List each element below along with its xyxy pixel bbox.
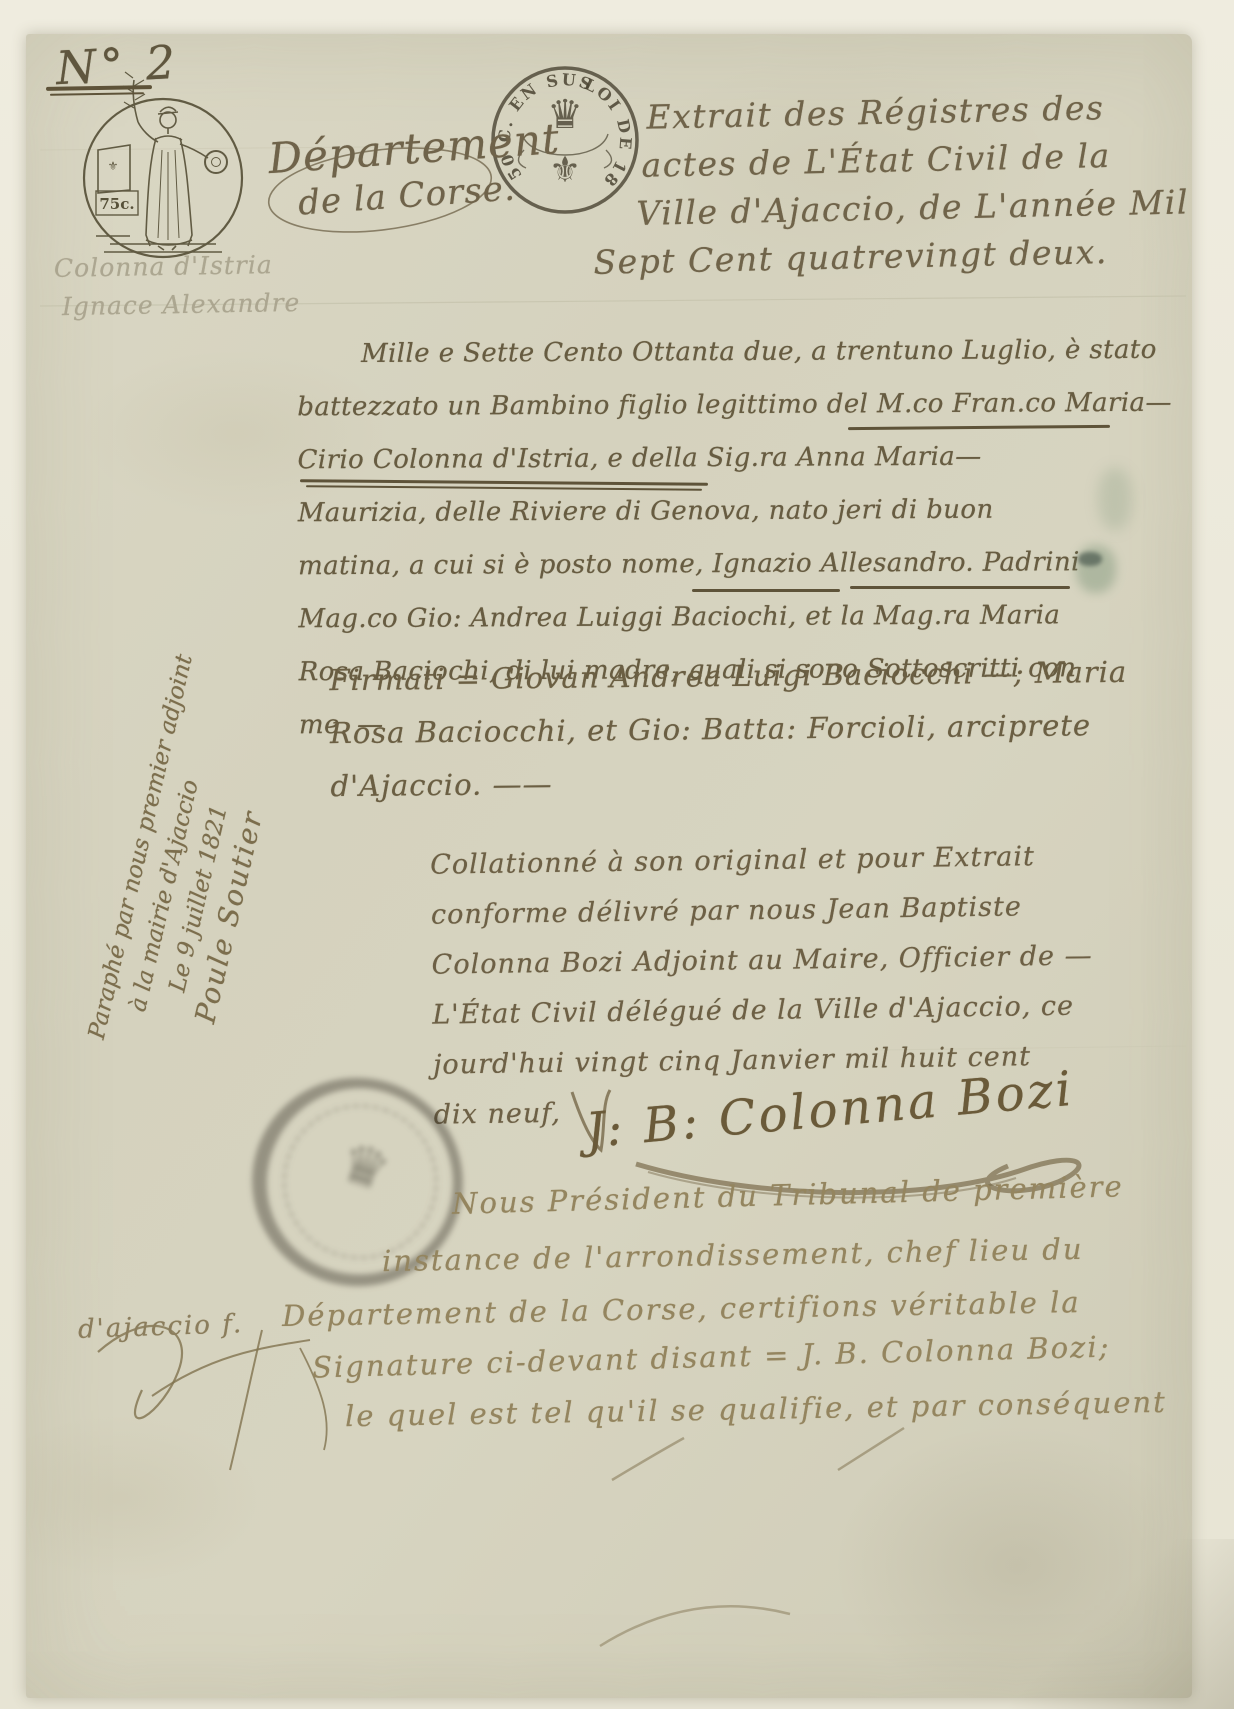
underline-mark xyxy=(692,589,840,592)
bottom-left-note: d'ajaccio f. xyxy=(78,1309,244,1345)
act-line: Maurizia, delle Riviere di Genova, nato … xyxy=(298,483,1173,541)
pencil-note-line: Colonna d'Istria xyxy=(54,250,273,283)
act-line: Cirio Colonna d'Istria, e della Sig.ra A… xyxy=(297,430,1172,488)
pencil-note-line: Ignace Alexandre xyxy=(62,288,301,321)
act-line: Mag.co Gio: Andrea Luiggi Baciochi, et l… xyxy=(298,589,1173,647)
firmati-line: d'Ajaccio. —— xyxy=(330,752,1128,813)
act-line: Mille e Sette Cento Ottanta due, a trent… xyxy=(297,324,1172,382)
underline-mark xyxy=(850,586,1070,589)
act-line: matina, a cui si è posto nome, Ignazio A… xyxy=(298,536,1173,594)
document-scan: ⚜ 75c. 50 C. EN SUS LOI DE 1816 ♛ ⚜ N° 2… xyxy=(0,0,1234,1709)
certification-line: conforme délivré par nous Jean Baptiste xyxy=(431,881,1093,940)
extract-header: Extrait des Régistres des actes de L'Éta… xyxy=(646,82,1190,285)
certification-line: Collationné à son original et pour Extra… xyxy=(430,831,1092,890)
certification-line: L'État Civil délégué de la Ville d'Ajacc… xyxy=(432,981,1094,1040)
firmati-line: Rosa Baciocchi, et Gio: Batta: Forcioli,… xyxy=(330,699,1128,760)
certification-line: Colonna Bozi Adjoint au Maire, Officier … xyxy=(431,931,1093,990)
firmati-line: Firmati = Giovan Andrea Luigi Baciocchi … xyxy=(329,646,1127,707)
firmati-paragraph: Firmati = Giovan Andrea Luigi Baciocchi … xyxy=(329,646,1128,813)
